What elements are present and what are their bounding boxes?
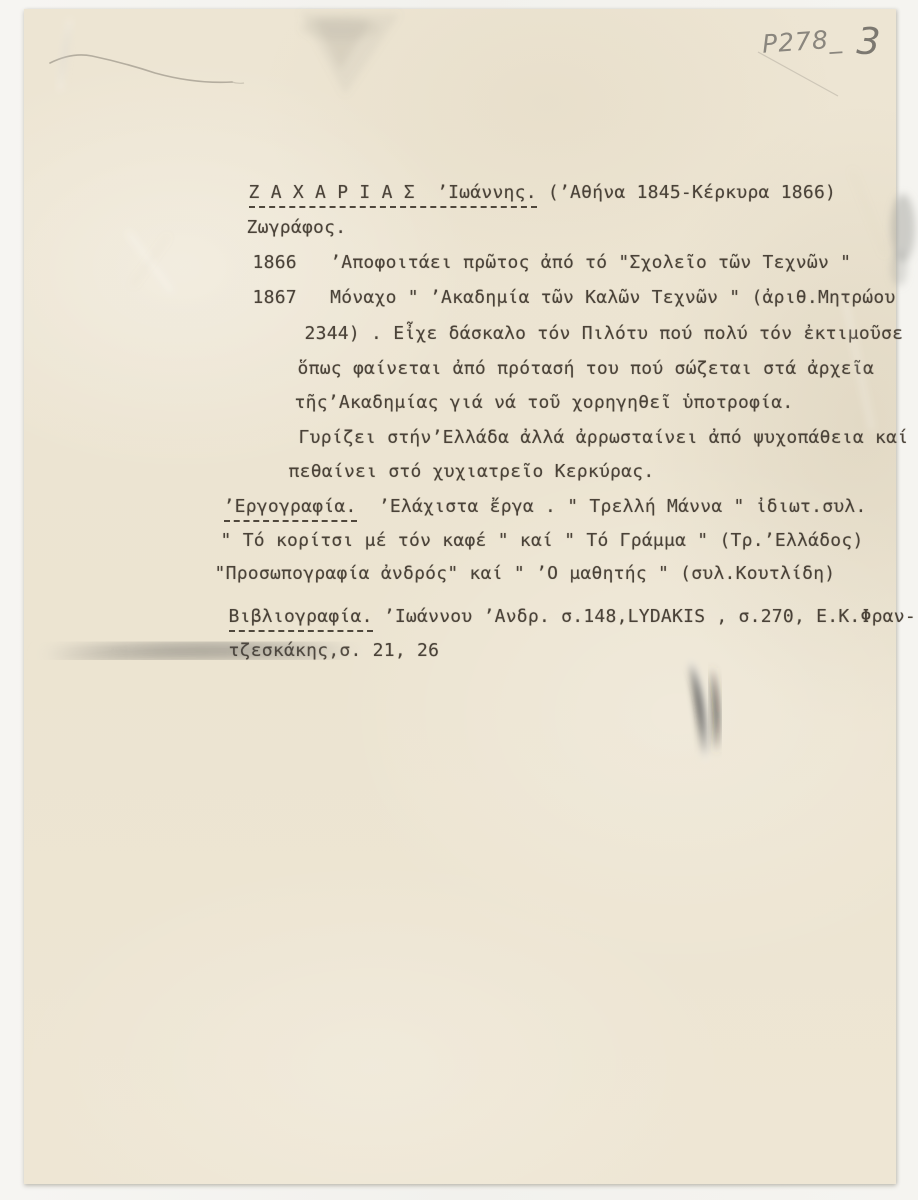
- works-text-2: "Προσωπογραφία ἀνδρός" καί " ’Ο μαθητής …: [215, 563, 836, 584]
- bibliografia-text: ’Ιωάννου ’Ανδρ. σ.148,LYDAKIS , σ.270, Ε…: [373, 606, 916, 627]
- bibliografia-continuation-text: τζεσκάκης,σ. 21, 26: [229, 640, 440, 661]
- pencil-annotation: P278_ 3: [762, 16, 881, 59]
- archival-code: P278_: [761, 24, 843, 59]
- document-page: Ζ Α Χ Α Ρ Ι Α Σ ’Ιωάννης. (’Αθήνα 1845-Κ…: [24, 9, 896, 1184]
- scanned-document: Ζ Α Χ Α Ρ Ι Α Σ ’Ιωάννης. (’Αθήνα 1845-Κ…: [0, 0, 918, 1200]
- bibliografia-continuation: τζεσκάκης,σ. 21, 26: [162, 619, 439, 682]
- artist-dates: (’Αθήνα 1845-Κέρκυρα 1866): [537, 182, 836, 203]
- page-number: 3: [856, 19, 882, 63]
